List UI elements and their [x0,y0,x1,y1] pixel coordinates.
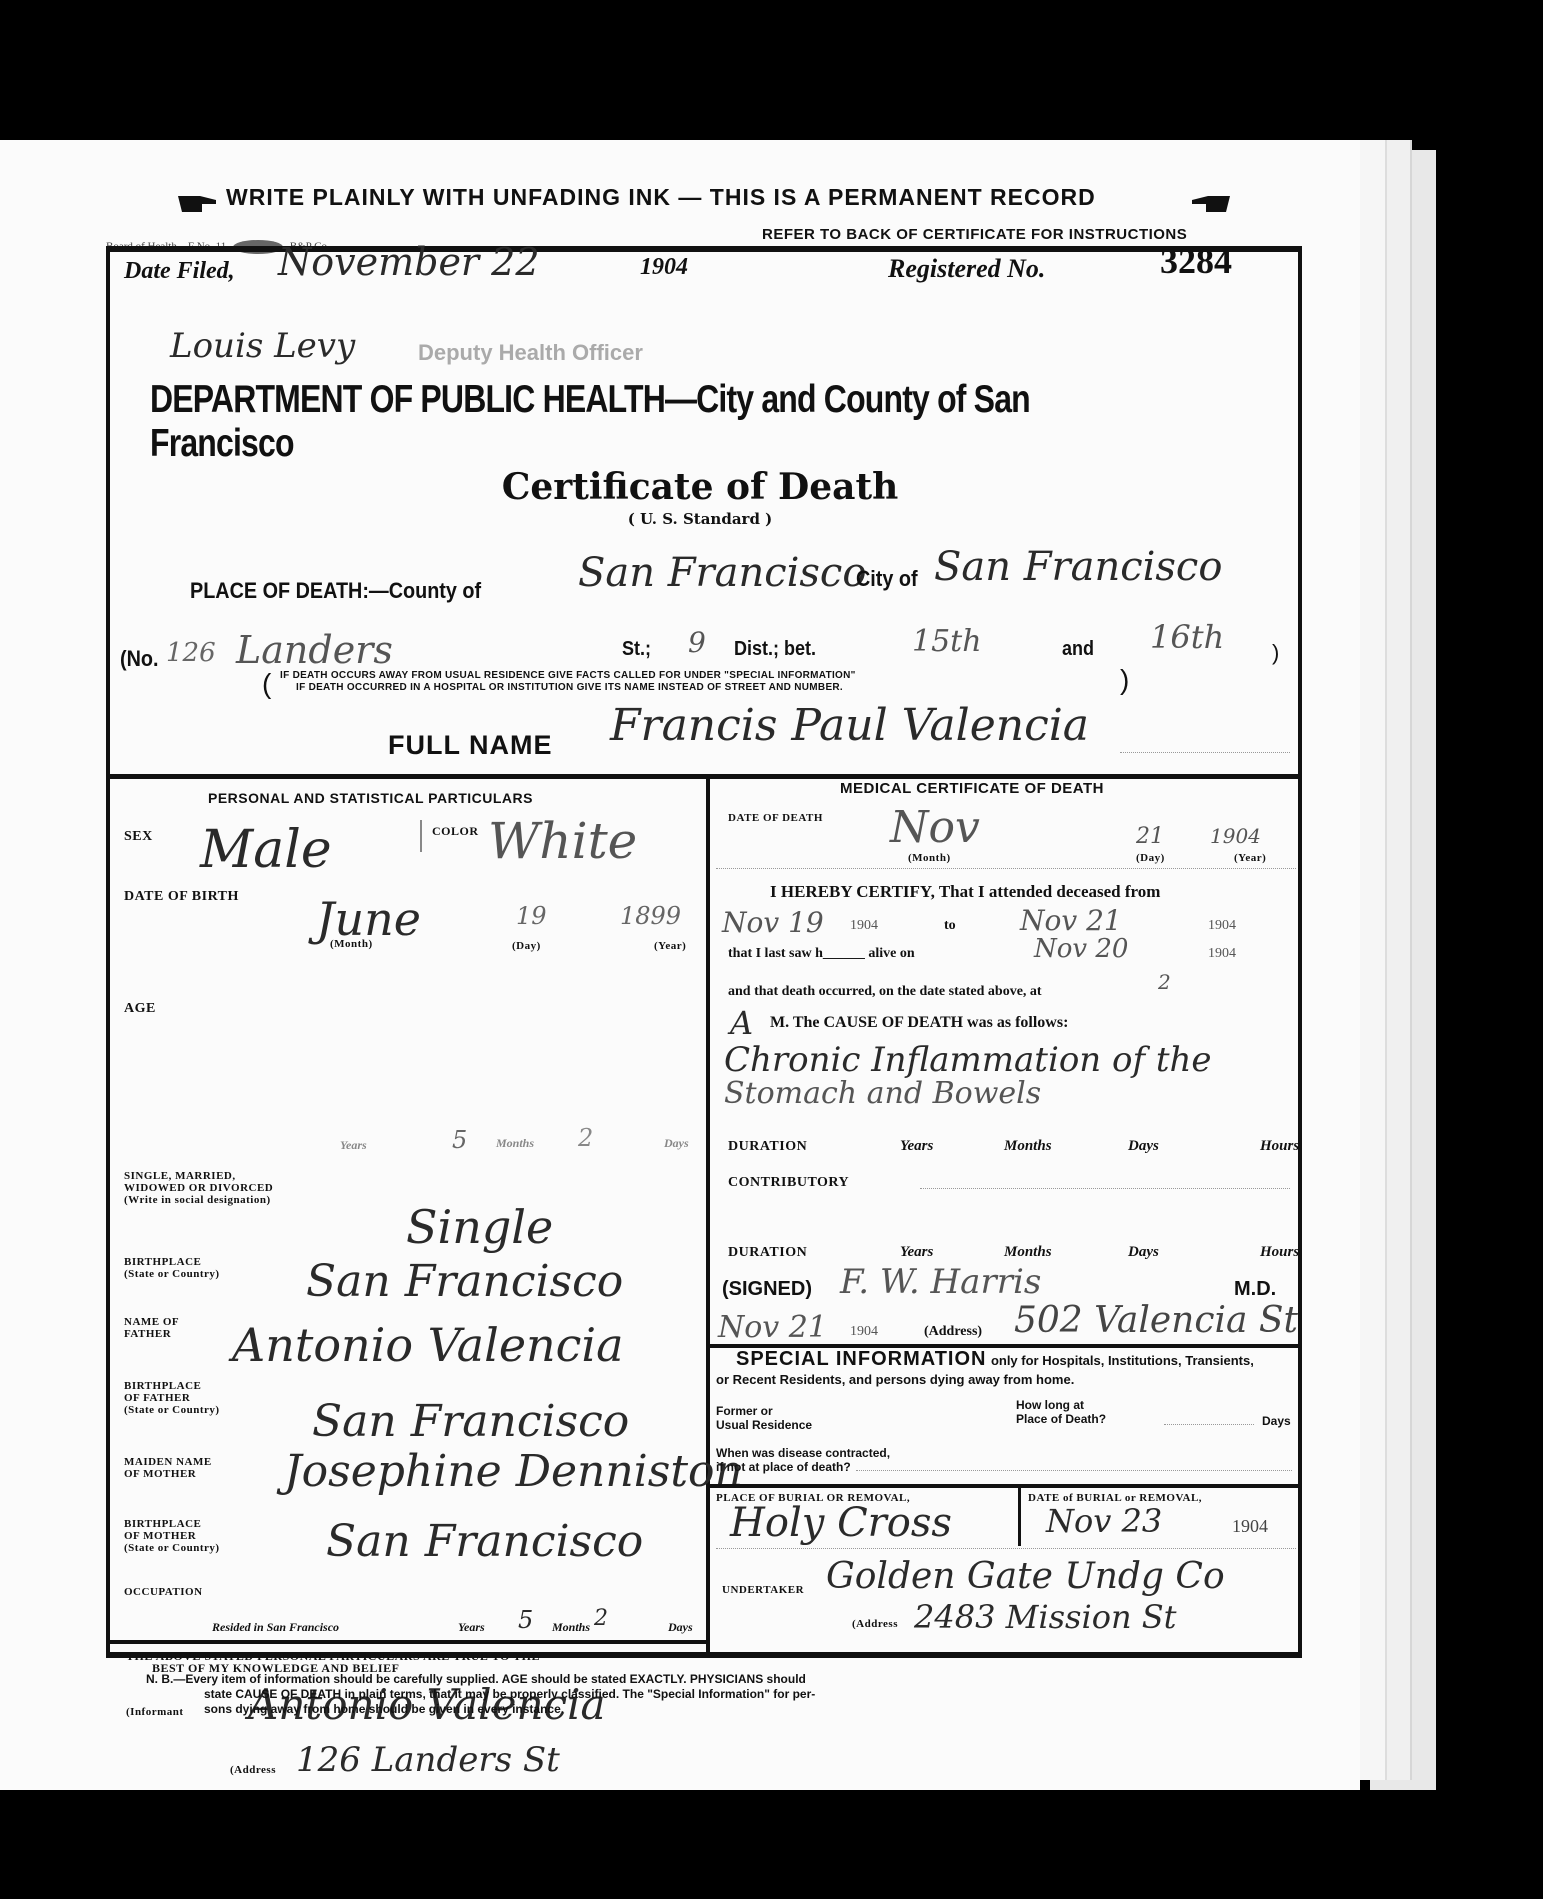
place-note-line1: IF DEATH OCCURS AWAY FROM USUAL RESIDENC… [280,670,856,681]
banner-text: WRITE PLAINLY WITH UNFADING INK — THIS I… [226,184,1096,211]
sex-color-divider [420,820,422,852]
place-of-death-label: PLACE OF DEATH:—County of [190,578,481,604]
street-number-value: 126 [166,638,216,668]
dod-month: Nov [890,802,980,853]
duration-years-caption-2: Years [900,1244,933,1261]
informant-statement: THE ABOVE STATED PERSONAL PARTICULARS AR… [126,1650,540,1674]
street-number-label: (No. [120,646,158,672]
age-years-value: 5 [452,1126,467,1154]
border-right [1298,246,1302,1656]
date-filed-value: November 22 [278,240,540,284]
age-months-caption: Months [496,1136,534,1151]
duration-years-caption: Years [900,1138,933,1155]
how-long-line [1164,1424,1254,1425]
undertaker-address-label: (Address [852,1618,898,1630]
burial-divider [710,1484,1300,1488]
full-name-line [1120,752,1290,753]
signed-year: 1904 [850,1324,878,1340]
day-caption: (Day) [512,940,541,952]
attended-from: Nov 19 [722,906,824,939]
column-divider [706,774,710,1656]
physician-address-label: (Address) [924,1324,982,1340]
marital-label: SINGLE, MARRIED, WIDOWED OR DIVORCED (Wr… [124,1170,273,1206]
resided-years-value: 5 [518,1606,533,1634]
mother-name-label: MAIDEN NAME OF MOTHER [124,1456,212,1480]
full-name-label: FULL NAME [388,730,553,761]
burial-line [716,1548,1296,1549]
color-value: White [488,812,637,870]
duration-label-2: DURATION [728,1246,807,1260]
dod-line [716,868,1296,869]
officer-signature: Louis Levy [170,326,355,366]
resided-years-caption: Years [458,1620,485,1635]
special-info-heading: SPECIAL INFORMATION only for Hospitals, … [736,1348,1254,1371]
mother-birthplace-label: BIRTHPLACE OF MOTHER (State or Country) [124,1518,220,1554]
cause-line-2: Stomach and Bowels [724,1076,1041,1111]
duration-days-caption: Days [1128,1138,1159,1155]
age-days-caption: Days [664,1136,689,1151]
full-name-value: Francis Paul Valencia [610,700,1089,751]
year-caption: (Year) [654,940,686,952]
duration-hours-caption-2: Hours [1260,1244,1299,1261]
department-title: DEPARTMENT OF PUBLIC HEALTH—City and Cou… [150,378,1142,466]
month-caption: (Month) [330,938,373,950]
former-residence-label: Former or Usual Residence [716,1404,812,1432]
informant-divider [110,1640,706,1644]
border-left [106,246,110,1656]
certificate-title: Certificate of Death [0,466,1400,508]
personal-heading: PERSONAL AND STATISTICAL PARTICULARS [208,790,533,806]
section-divider [110,774,1300,779]
informant-address: 126 Landers St [296,1740,560,1780]
county-value: San Francisco [578,550,866,596]
undertaker-label: UNDERTAKER [722,1584,804,1596]
resided-months-value: 2 [594,1606,608,1631]
last-saw-label: that I last saw h______ alive on [728,946,915,962]
dod-day: 21 [1136,824,1164,849]
street-suffix-label: St.; [622,638,651,661]
sex-label: SEX [124,830,153,844]
signed-date: Nov 21 [718,1310,827,1345]
burial-year: 1904 [1232,1516,1268,1537]
registered-number: 3284 [1160,240,1232,282]
dod-day-caption: (Day) [1136,852,1165,864]
duration-label: DURATION [728,1140,807,1154]
mother-birthplace-value: San Francisco [326,1516,643,1567]
duration-months-caption: Months [1004,1138,1052,1155]
cause-label: M. The CAUSE OF DEATH was as follows: [770,1014,1068,1032]
resided-months-caption: Months [552,1620,590,1635]
officer-title-stamp: Deputy Health Officer [418,340,643,366]
father-name-label: NAME OF FATHER [124,1316,179,1340]
dob-year: 1899 [620,902,681,930]
paren-close: ) [1272,640,1279,666]
special-info-subheading: or Recent Residents, and persons dying a… [716,1372,1074,1387]
color-label: COLOR [432,824,479,838]
dod-year: 1904 [1210,824,1261,848]
medical-heading: MEDICAL CERTIFICATE OF DEATH [840,780,1104,797]
certify-text: I HEREBY CERTIFY, That I attended deceas… [770,882,1160,902]
registered-label: Registered No. [888,254,1045,284]
pointing-hand-icon [178,192,218,214]
attended-from-year: 1904 [850,918,878,934]
and-label: and [1062,638,1094,661]
father-name-value: Antonio Valencia [232,1318,624,1372]
physician-signature: F. W. Harris [840,1262,1041,1302]
how-long-days-label: Days [1262,1414,1291,1428]
last-saw-year: 1904 [1208,946,1236,962]
am-pm-value: A [730,1004,753,1042]
to-label: to [944,918,956,934]
date-filed-year: 1904 [640,254,688,281]
contributory-label: CONTRIBUTORY [728,1176,849,1190]
occupation-label: OCCUPATION [124,1586,203,1598]
mother-name-value: Josephine Denniston [284,1446,743,1497]
district-between-label: Dist.; bet. [734,638,816,661]
duration-hours-caption: Hours [1260,1138,1299,1155]
date-filed-label: Date Filed, [124,258,235,285]
age-years-caption: Years [340,1138,367,1153]
dod-month-caption: (Month) [908,852,951,864]
dob-label: DATE OF BIRTH [124,890,239,904]
attended-to-year: 1904 [1208,918,1236,934]
duration-months-caption-2: Months [1004,1244,1052,1261]
birthplace-value: San Francisco [306,1256,623,1307]
paren-close: ) [1120,664,1129,696]
between-street-1: 15th [912,624,982,659]
burial-column-divider [1018,1484,1021,1546]
burial-place: Holy Cross [730,1500,952,1546]
resided-label: Resided in San Francisco [212,1620,339,1635]
undertaker-name: Golden Gate Undg Co [826,1556,1225,1597]
md-label: M.D. [1234,1278,1276,1301]
attended-to: Nov 21 [1020,904,1122,937]
burial-date: Nov 23 [1046,1502,1162,1540]
undertaker-address: 2483 Mission St [914,1598,1177,1636]
duration-days-caption-2: Days [1128,1244,1159,1261]
disease-contracted-line [856,1470,1292,1471]
birthplace-label: BIRTHPLACE (State or Country) [124,1256,220,1280]
city-label: City of [856,566,918,592]
physician-address: 502 Valencia St [1014,1300,1298,1341]
footer-note: N. B.—Every item of information should b… [146,1672,815,1717]
death-certificate-page: WRITE PLAINLY WITH UNFADING INK — THIS I… [0,140,1360,1790]
how-long-label: How long at Place of Death? [1016,1398,1106,1426]
district-value: 9 [688,626,706,659]
age-months-value: 2 [578,1124,593,1152]
time-of-death: 2 [1158,970,1171,994]
between-street-2: 16th [1150,618,1224,656]
cause-line-1: Chronic Inflammation of the [724,1040,1212,1080]
signed-label: (SIGNED) [722,1278,812,1301]
city-value: San Francisco [934,544,1222,590]
informant-address-label: (Address [230,1764,276,1776]
paren-open: ( [262,668,271,700]
street-name-value: Landers [236,628,393,672]
age-label: AGE [124,1002,156,1016]
dod-year-caption: (Year) [1234,852,1266,864]
contributory-line [920,1188,1290,1189]
dod-label: DATE OF DEATH [728,812,823,824]
resided-days-caption: Days [668,1620,693,1635]
father-birthplace-label: BIRTHPLACE OF FATHER (State or Country) [124,1380,220,1416]
dob-day: 19 [516,902,547,930]
refer-instructions-note: REFER TO BACK OF CERTIFICATE FOR INSTRUC… [762,226,1187,243]
pointing-hand-icon [1190,192,1230,214]
last-saw-value: Nov 20 [1034,934,1128,964]
marital-value: Single [406,1200,553,1254]
place-note-line2: IF DEATH OCCURRED IN A HOSPITAL OR INSTI… [296,682,843,693]
standard-subtitle: ( U. S. Standard ) [0,510,1400,528]
occurred-text: and that death occurred, on the date sta… [728,984,1042,1000]
sex-value: Male [200,820,332,880]
father-birthplace-value: San Francisco [312,1396,629,1447]
